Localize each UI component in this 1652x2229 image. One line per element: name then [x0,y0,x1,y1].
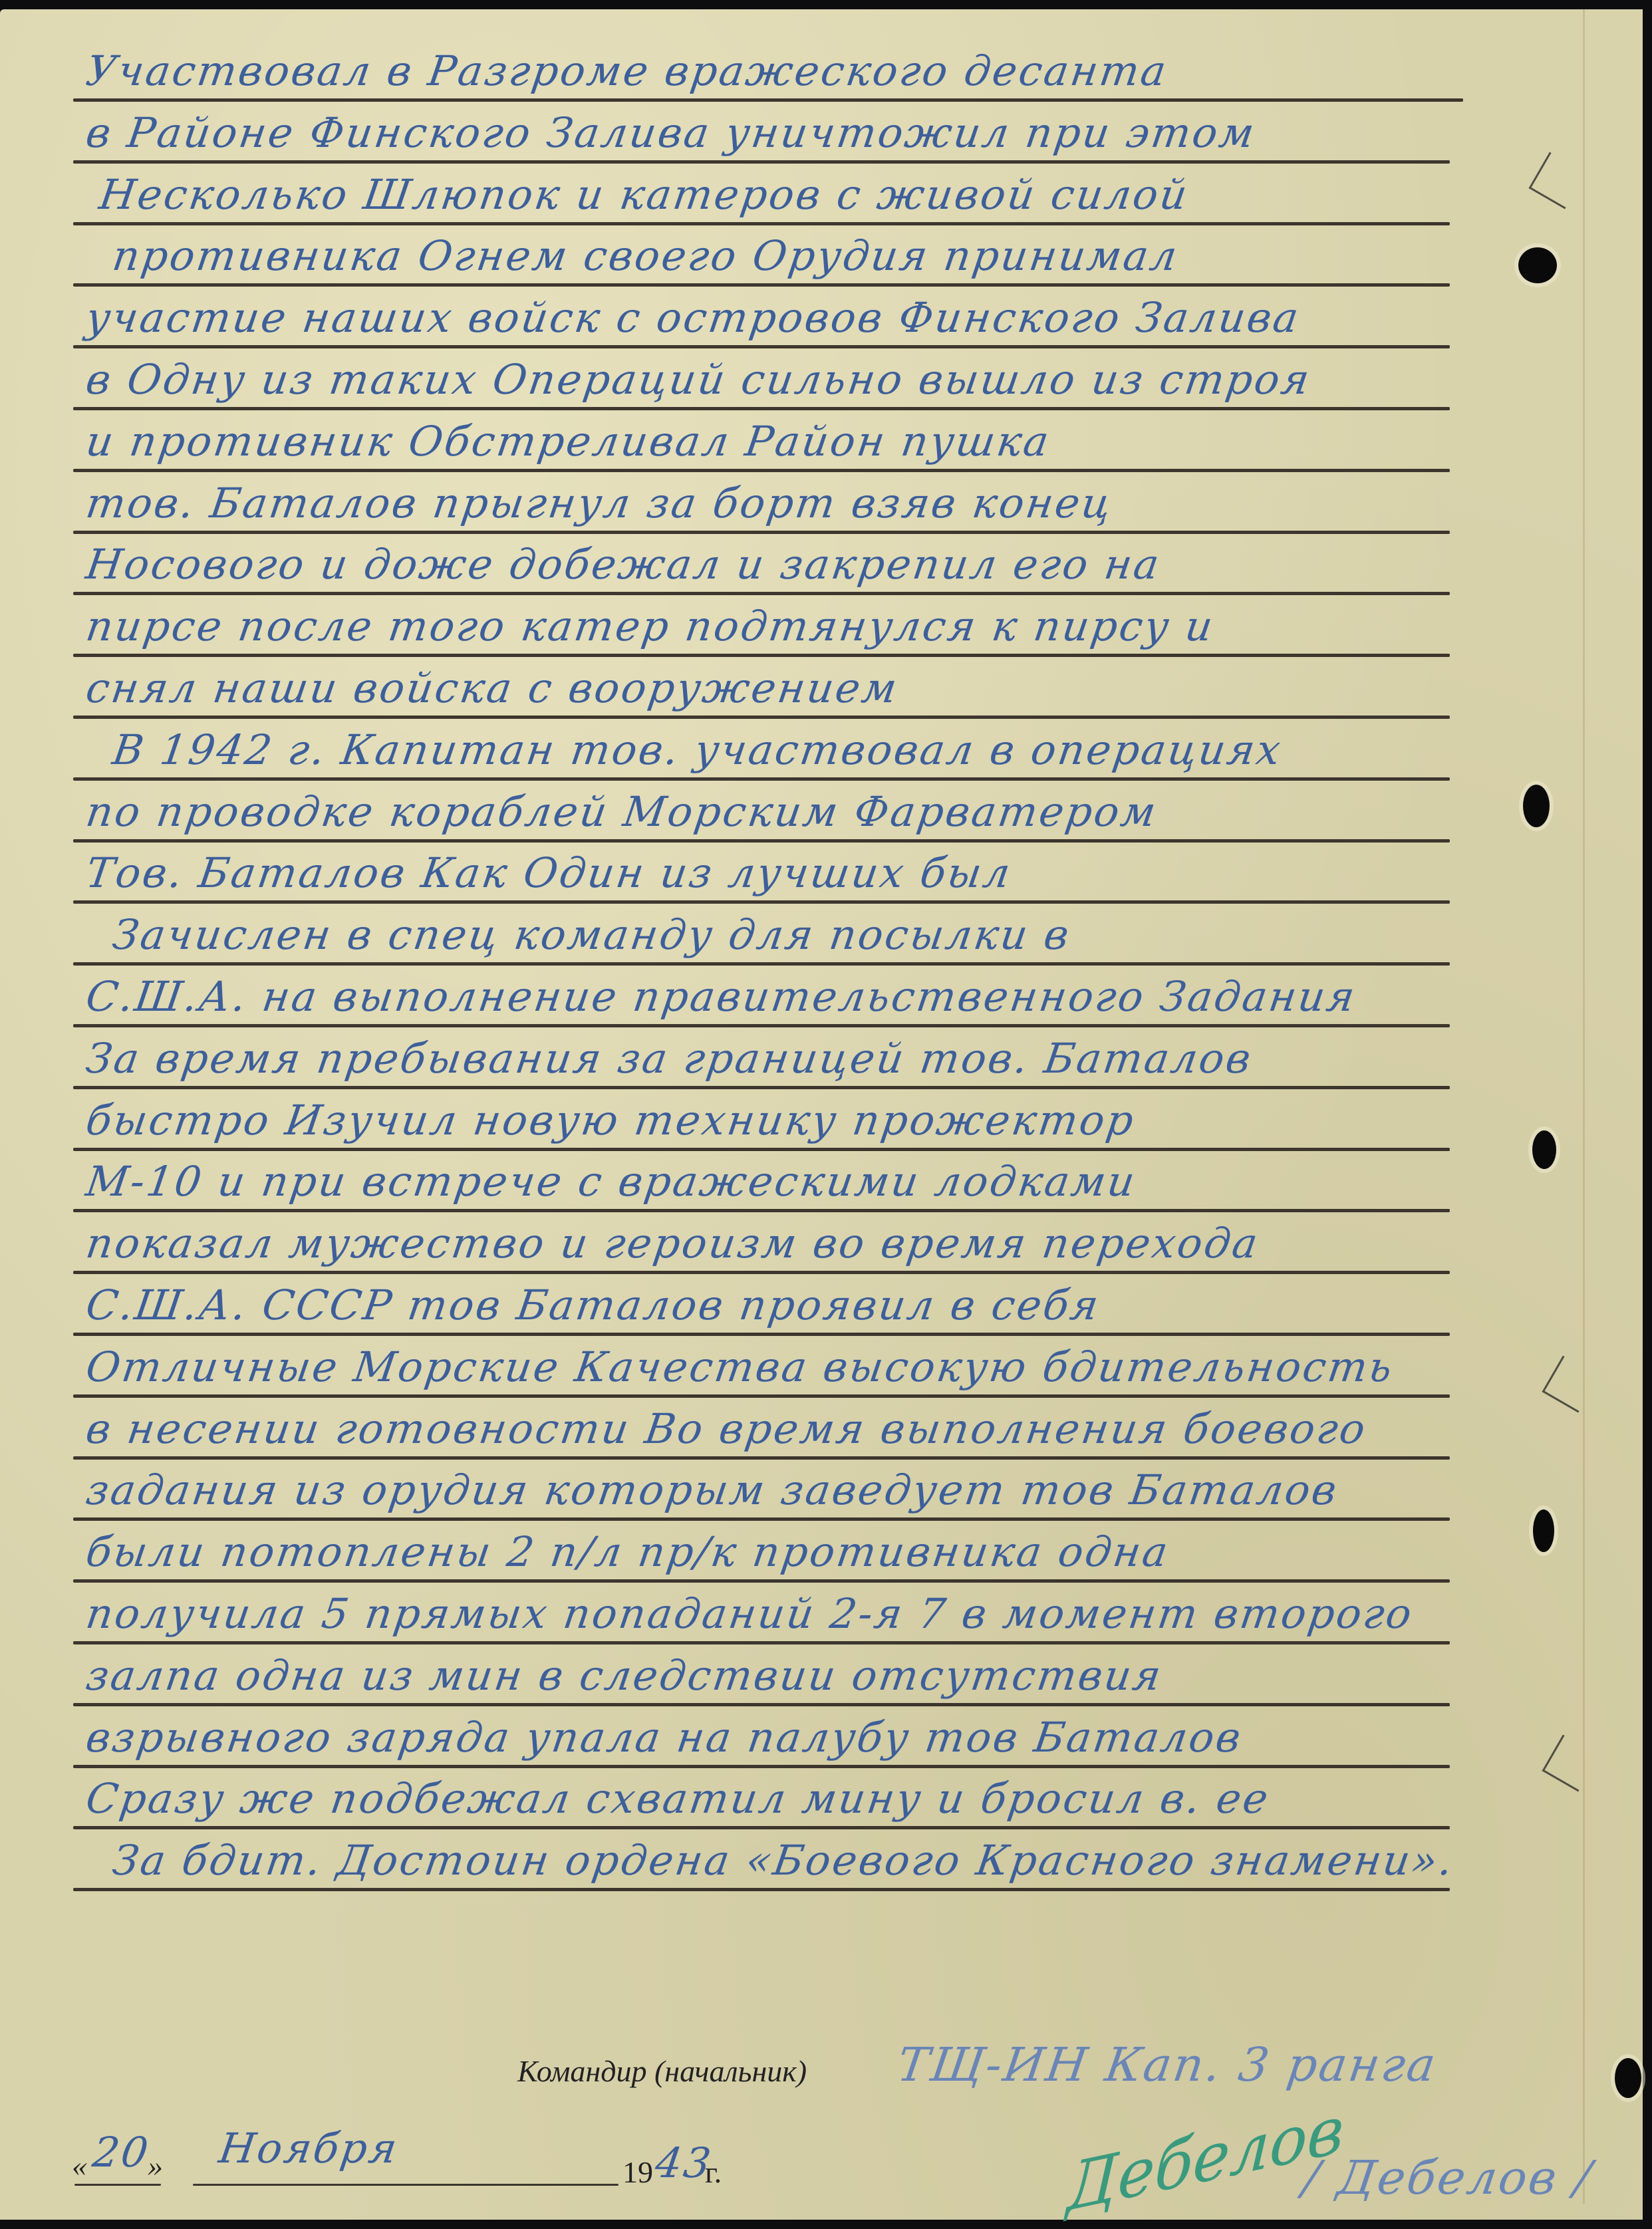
handwritten-line: В 1942 г. Капитан тов. участвовал в опер… [110,729,1285,771]
ruled-line [73,469,1450,472]
ruled-line [73,777,1450,781]
handwritten-line: Зачислен в спец команду для посылки в [110,914,1073,956]
ruled-line [73,962,1450,966]
ruled-line [73,716,1450,719]
ruled-line [73,1333,1450,1336]
ruled-line [73,839,1450,843]
ruled-line [73,531,1450,534]
ruled-line [73,1271,1450,1274]
commander-label: Командир (начальник) [517,2053,807,2089]
commander-name: / Дебелов / [1300,2155,1595,2201]
handwritten-line: взрывного заряда упала на палубу тов Бат… [84,1717,1245,1758]
handwritten-line: Отличные Морские Качества высокую бдител… [84,1347,1397,1388]
ruled-line [73,1703,1450,1706]
ruled-line [73,1765,1450,1768]
ruled-line [73,98,1463,102]
ruled-line [73,407,1450,410]
date-day: 20 [90,2132,153,2173]
ruled-line [73,160,1450,164]
handwritten-line: За бдит. Достоин ордена «Боевого Красног… [110,1840,1457,1881]
ruled-line [73,654,1450,657]
ruled-line [73,1517,1450,1521]
handwritten-line: Носового и доже добежал и закрепил его н… [84,544,1164,585]
handwritten-line: противника Огнем своего Орудия принимал [110,235,1182,277]
commander-title: ТЩ-ИН Кап. 3 ранга [895,2041,1440,2088]
handwritten-line: М-10 и при встрече с вражескими лодками [84,1161,1139,1202]
handwritten-line: в Районе Финского Залива уничтожил при э… [84,112,1259,154]
ruled-line [73,1394,1450,1398]
punch-hole [1523,785,1550,827]
date-year-prefix: 19 [622,2155,653,2190]
handwritten-line: и противник Обстреливал Район пушка [84,421,1053,462]
handwritten-line: получила 5 прямых попаданий 2-я 7 в моме… [84,1593,1416,1635]
ruled-line [73,1826,1450,1829]
handwritten-line: Участвовал в Разгроме вражеского десанта [84,51,1170,92]
ruled-line [73,900,1450,904]
handwritten-line: задания из орудия которым заведует тов Б… [84,1470,1341,1511]
ruled-line [73,1456,1450,1460]
handwritten-line: показал мужество и героизм во время пере… [84,1223,1262,1264]
ruled-line [73,345,1450,348]
date-day-rule [74,2184,161,2186]
handwritten-line: Сразу же подбежал схватил мину и бросил … [84,1778,1273,1819]
punch-hole [1533,1509,1554,1552]
handwritten-line: быстро Изучил новую технику прожектор [84,1100,1138,1141]
handwritten-line: За время пребывания за границей тов. Бат… [84,1038,1255,1079]
date-year-unit: г. [705,2155,722,2190]
handwritten-line: С.Ш.А. СССР тов Баталов проявил в себя [84,1285,1103,1326]
punch-hole [1518,247,1557,283]
ruled-line [73,1024,1450,1027]
handwritten-line: тов. Баталов прыгнул за борт взяв конец [84,483,1115,524]
handwritten-line: были потоплены 2 п/л пр/к противника одн… [84,1531,1172,1573]
ruled-line [73,283,1450,287]
ruled-line [73,1579,1450,1583]
handwritten-line: по проводке кораблей Морским Фарватером [84,791,1161,833]
ruled-line [73,222,1450,225]
ruled-line [73,1148,1450,1151]
handwritten-line: Тов. Баталов Как Один из лучших был [84,852,1015,894]
handwritten-line: пирсе после того катер подтянулся к пирс… [84,606,1217,647]
handwritten-line: С.Ш.А. на выполнение правительственного … [84,976,1359,1017]
date-month: Ноября [217,2128,402,2169]
punch-hole [1532,1130,1556,1169]
handwritten-line: снял наши войска с вооружением [84,668,901,709]
handwritten-line: в Одну из таких Операций сильно вышло из… [84,359,1314,400]
date-month-rule [193,2184,619,2186]
ruled-line [73,1641,1450,1644]
handwritten-line: в несении готовности Во время выполнения… [84,1408,1370,1450]
ruled-line [73,1888,1450,1891]
ruled-line [73,592,1450,595]
date-close-quote: » [148,2148,163,2183]
ruled-line [73,1209,1450,1212]
ruled-line [73,1086,1450,1089]
handwritten-line: участие наших войск с островов Финского … [84,297,1303,338]
punch-hole [1615,2058,1641,2098]
date-open-quote: « [72,2148,87,2183]
handwritten-line: Несколько Шлюпок и катеров с живой силой [97,174,1192,215]
handwritten-line: залпа одна из мин в следствии отсутствия [84,1655,1165,1696]
